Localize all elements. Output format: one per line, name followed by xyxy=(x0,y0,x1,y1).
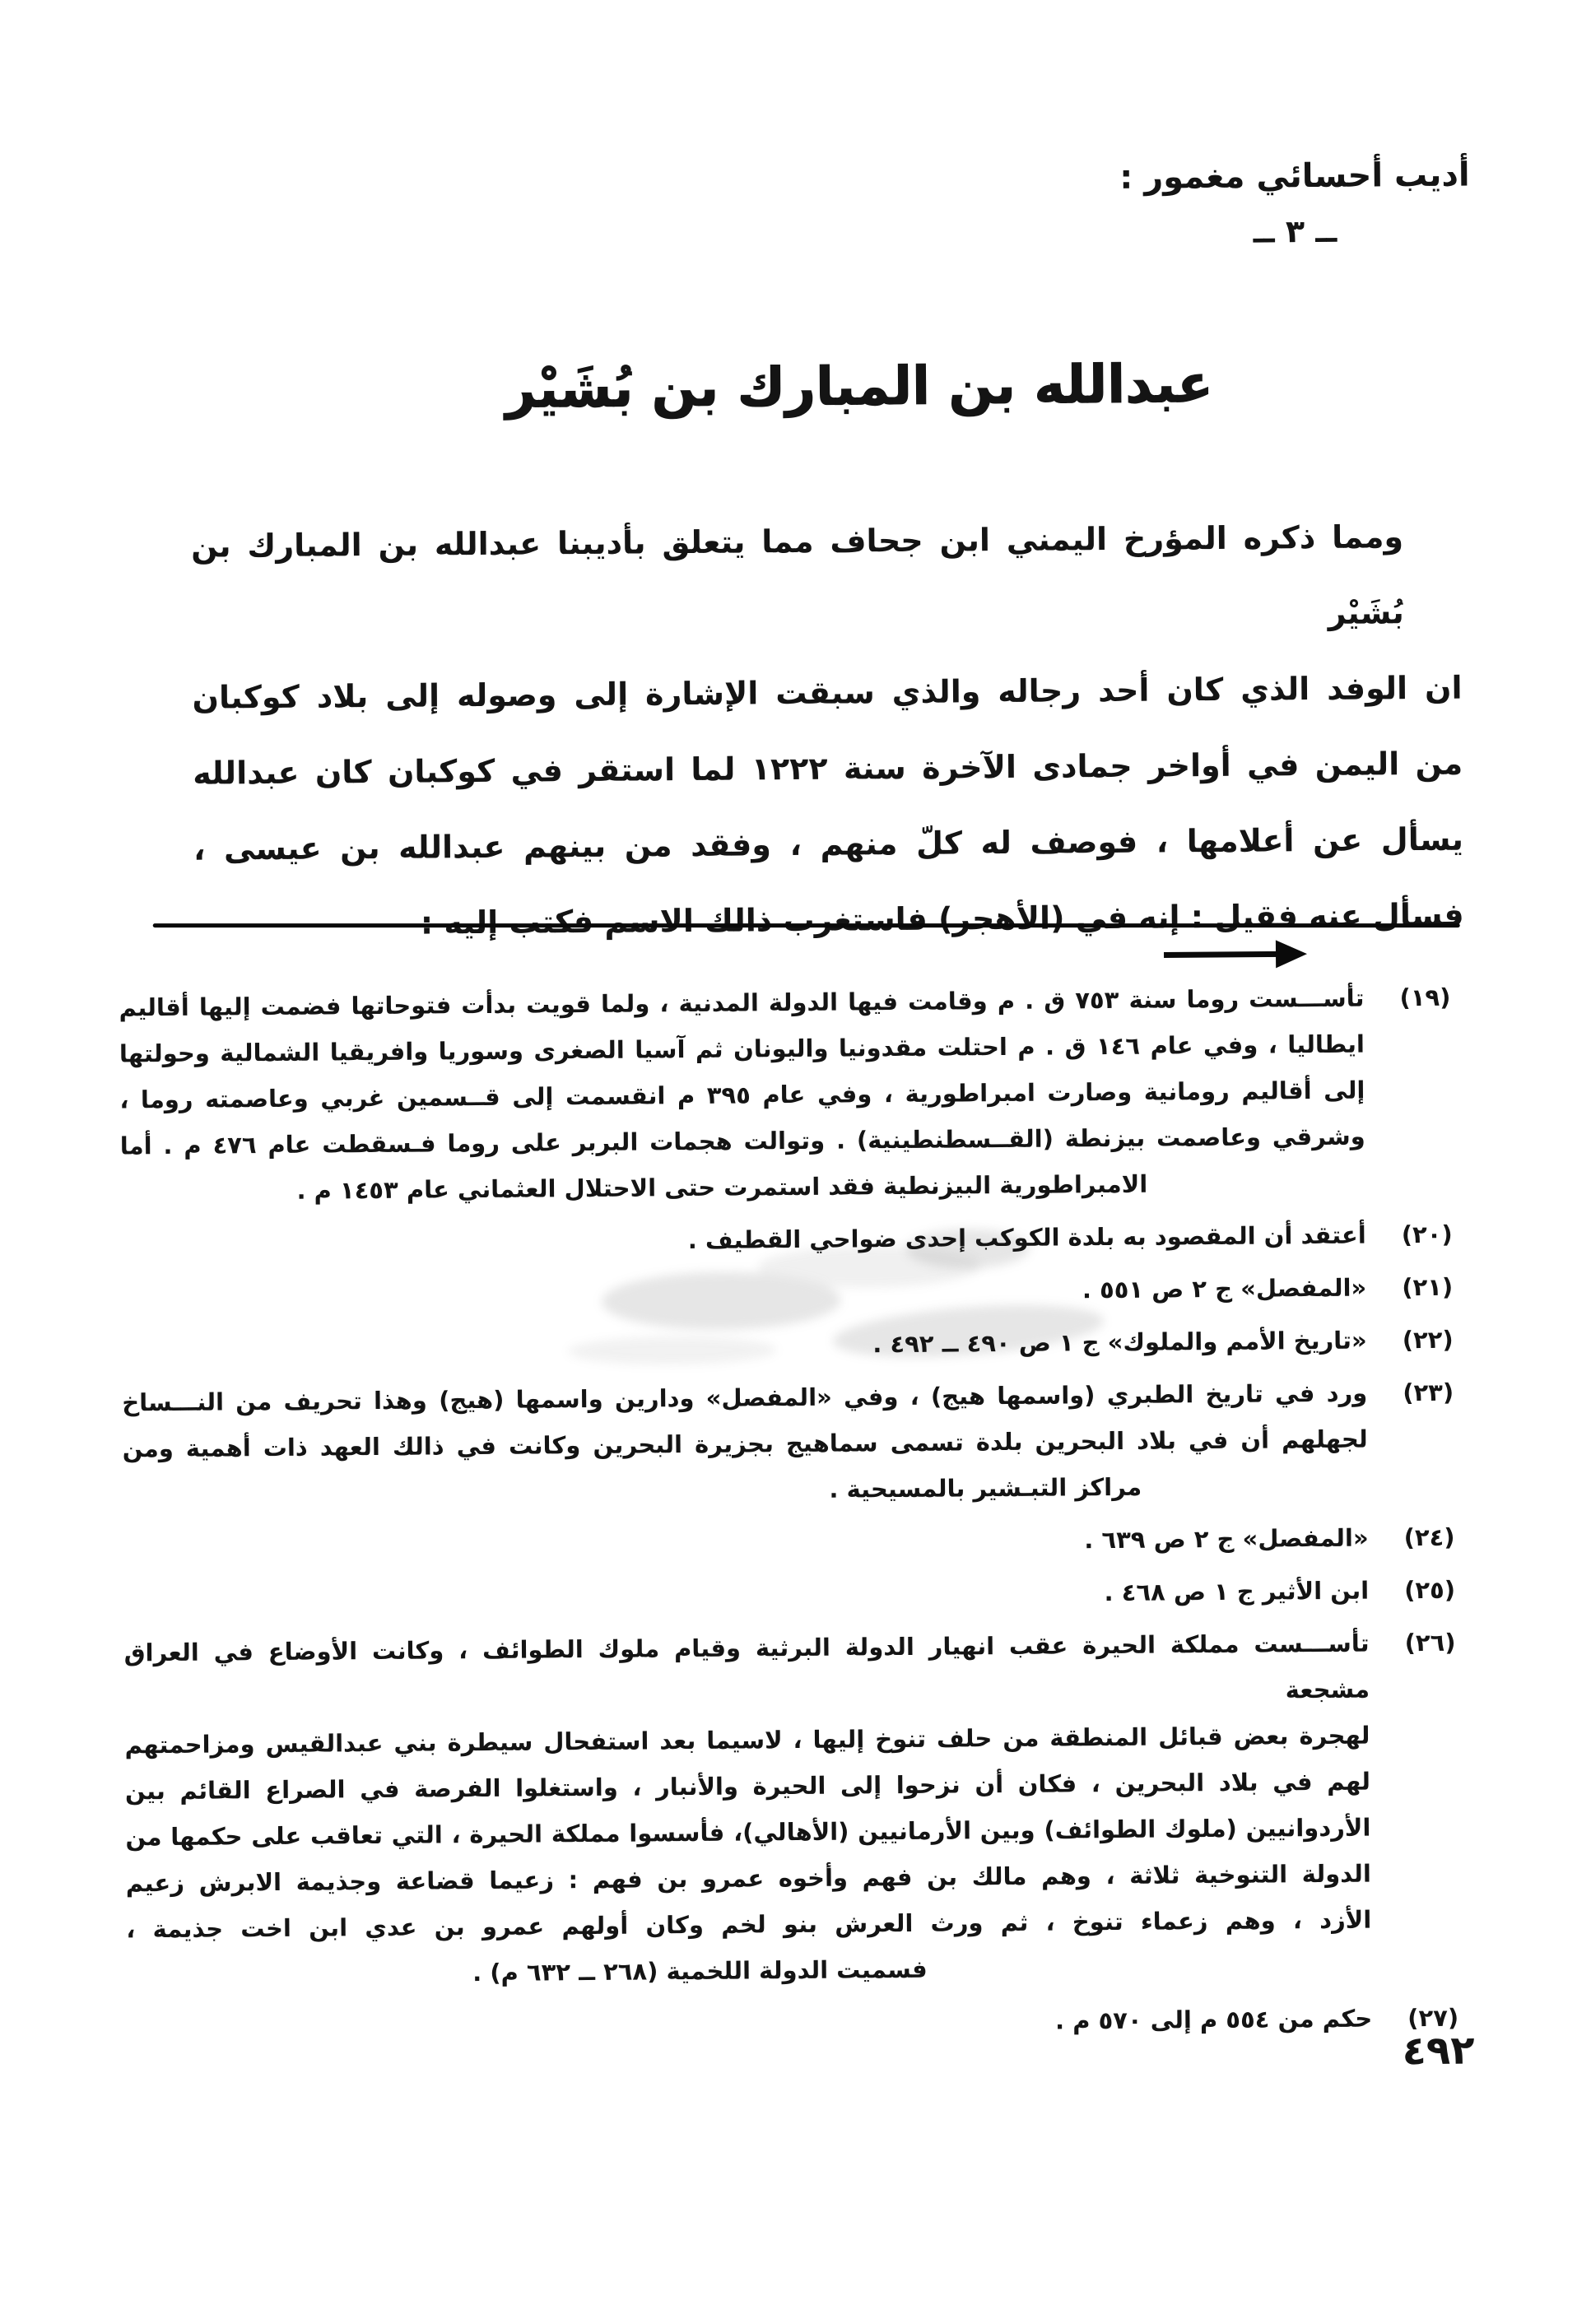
footnote-text: تأســـست روما سنة ٧٥٣ ق . م وقامت فيها ا… xyxy=(119,975,1365,1215)
footnote-text: ورد في تاريخ الطبري (واسمها هيج) ، وفي «… xyxy=(122,1370,1368,1518)
footnote: (٢٠)أعتقد أن المقصود به بلدة الكوكب إحدى… xyxy=(121,1211,1468,1268)
footnote-line: الامبراطورية البيزنطية فقد استمرت حتى ال… xyxy=(120,1161,1147,1215)
footnote-line: «المفصل» ج ٢ ص ٥٥١ . xyxy=(121,1265,1366,1321)
footnote-line: لجهلهم أن في بلاد البحرين بلدة تسمى سماه… xyxy=(122,1416,1367,1472)
footnote: (٢٢)«تاريخ الأمم والملوك» ج ١ ص ٤٩٠ ــ ٤… xyxy=(122,1317,1469,1373)
footnote-text: أعتقد أن المقصود به بلدة الكوكب إحدى ضوا… xyxy=(121,1212,1366,1268)
body-line: ان الوفد الذي كان أحد رجاله والذي سبقت ا… xyxy=(192,650,1463,736)
footnote-number: (٢٠) xyxy=(1385,1211,1468,1258)
footnote: (٢٦)تأســـست مملكة الحيرة عقب انهيار الد… xyxy=(123,1620,1473,1999)
footnote: (١٩)تأســـست روما سنة ٧٥٣ ق . م وقامت في… xyxy=(119,974,1468,1215)
body-line: من اليمن في أواخر جمادى الآخرة سنة ١٢٢٢ … xyxy=(193,726,1463,811)
footnote-line: «المفصل» ج ٢ ص ٦٣٩ . xyxy=(123,1515,1368,1571)
running-header: أديب أحسائي مغمور : xyxy=(1119,156,1470,197)
footnote-text: تأســـست مملكة الحيرة عقب انهيار الدولة … xyxy=(123,1620,1371,1999)
footnote-line: مراكز التبـشير بالمسيحية . xyxy=(123,1464,1142,1518)
footnote-divider xyxy=(153,923,1460,927)
body-line: يسأل عن أعلامها ، فوصف له كلّ منهم ، وفق… xyxy=(193,802,1464,887)
footnote: (٢٥)ابن الأثير ج ١ ص ٤٦٨ . xyxy=(123,1567,1471,1624)
scanned-content: أديب أحسائي مغمور : ــ ٣ ــ عبدالله بن ا… xyxy=(0,0,1591,2324)
book-page: أديب أحسائي مغمور : ــ ٣ ــ عبدالله بن ا… xyxy=(0,0,1591,2324)
footnote-number: (٢٥) xyxy=(1389,1567,1471,1614)
footnote-line: حكم من ٥٥٤ م إلى ٥٧٠ م . xyxy=(127,1996,1372,2052)
footnote: (٢٣)ورد في تاريخ الطبري (واسمها هيج) ، و… xyxy=(122,1369,1470,1518)
footnote-number: (٢٤) xyxy=(1388,1514,1470,1561)
continuation-arrow-icon xyxy=(1161,936,1309,973)
footnote-line: الأزد ، وهم زعماء تنوخ ، ثم ورث العرش بن… xyxy=(126,1897,1371,1953)
footnote-text: «تاريخ الأمم والملوك» ج ١ ص ٤٩٠ ــ ٤٩٢ . xyxy=(122,1318,1367,1373)
footnote-line: «تاريخ الأمم والملوك» ج ١ ص ٤٩٠ ــ ٤٩٢ . xyxy=(122,1318,1367,1373)
footnote-number: (٢٦) xyxy=(1389,1620,1474,1989)
footnote: (٢٤)«المفصل» ج ٢ ص ٦٣٩ . xyxy=(123,1514,1470,1571)
page-title: عبدالله بن المبارك بن بُشَيْر xyxy=(133,351,1585,423)
footnote-text: «المفصل» ج ٢ ص ٥٥١ . xyxy=(121,1265,1366,1321)
footnote-number: (٢٣) xyxy=(1387,1369,1470,1508)
footnote-line: ابن الأثير ج ١ ص ٤٦٨ . xyxy=(123,1568,1369,1624)
footnote-line: تأســـست مملكة الحيرة عقب انهيار الدولة … xyxy=(123,1620,1370,1722)
body-line: ومما ذكره المؤرخ اليمني ابن جحاف مما يتع… xyxy=(191,499,1404,660)
footnote-text: «المفصل» ج ٢ ص ٦٣٩ . xyxy=(123,1515,1368,1571)
footnote-line: أعتقد أن المقصود به بلدة الكوكب إحدى ضوا… xyxy=(121,1212,1366,1268)
body-paragraph: ومما ذكره المؤرخ اليمني ابن جحاف مما يتع… xyxy=(191,499,1464,963)
footnote-number: (١٩) xyxy=(1384,974,1468,1206)
chapter-number: ــ ٣ ــ xyxy=(1120,212,1471,251)
footnote-line: وشرقي وعاصمت بيزنطة (القــسطنطينية) . وت… xyxy=(120,1113,1365,1169)
footnote-number: (٢٢) xyxy=(1387,1317,1469,1364)
footnote: (٢٧)حكم من ٥٥٤ م إلى ٥٧٠ م . xyxy=(127,1995,1474,2052)
footnote-text: حكم من ٥٥٤ م إلى ٥٧٠ م . xyxy=(127,1996,1372,2052)
footnote-line: فسميت الدولة اللخمية (٢٦٨ ــ ٦٣٢ م) . xyxy=(127,1946,928,1999)
page-header: أديب أحسائي مغمور : ــ ٣ ــ xyxy=(1119,156,1470,251)
footnote-number: (٢١) xyxy=(1386,1264,1468,1311)
page-number: ٤٩٢ xyxy=(1402,2028,1474,2075)
footnotes: (١٩)تأســـست روما سنة ٧٥٣ ق . م وقامت في… xyxy=(119,974,1474,2058)
footnote-text: ابن الأثير ج ١ ص ٤٦٨ . xyxy=(123,1568,1369,1624)
footnote: (٢١)«المفصل» ج ٢ ص ٥٥١ . xyxy=(121,1264,1468,1321)
